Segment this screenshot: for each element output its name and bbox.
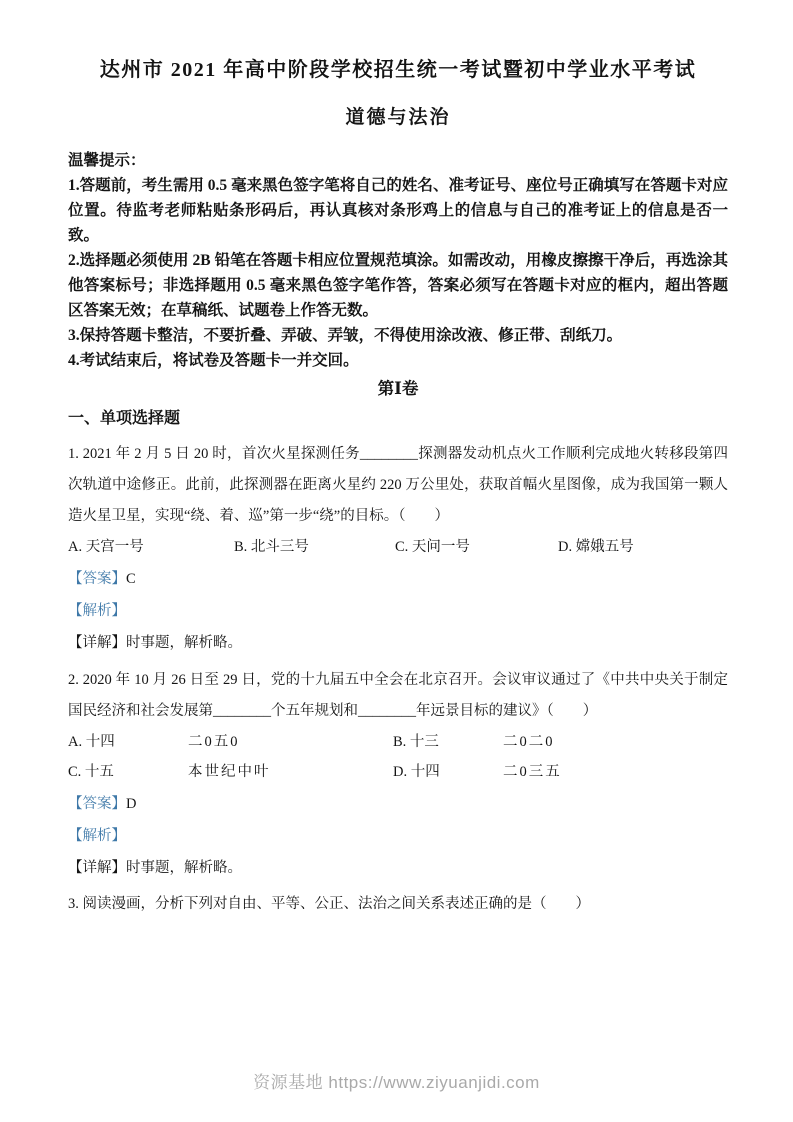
q2-answer-row: 【答案】D <box>68 789 728 819</box>
q2-option-b-value: 二0二0 <box>503 727 555 757</box>
q1-analysis-label: 【解析】 <box>68 603 126 619</box>
q1-answer-row: 【答案】C <box>68 564 728 594</box>
notice-item-4: 4.考试结束后，将试卷及答题卡一并交回。 <box>68 348 728 373</box>
q2-option-a: A. 十四 <box>68 727 188 757</box>
q2-option-c: C. 十五 <box>68 757 188 787</box>
q2-detail-row: 【详解】时事题，解析略。 <box>68 853 728 883</box>
q2-detail-text: 【详解】时事题，解析略。 <box>68 860 242 876</box>
part-title: 一、单项选择题 <box>68 405 728 432</box>
notice-heading: 温馨提示： <box>68 148 728 173</box>
q1-option-c: C. 天问一号 <box>395 532 558 562</box>
footer-watermark: 资源基地 https://www.ziyuanjidi.com <box>0 1068 793 1093</box>
question-2-options-row-1: A. 十四 二0五0 B. 十三 二0二0 <box>68 727 728 757</box>
q2-analysis-label: 【解析】 <box>68 828 126 844</box>
q2-analysis-row: 【解析】 <box>68 821 728 851</box>
question-2: 2. 2020 年 10 月 26 日至 29 日，党的十九届五中全会在北京召开… <box>68 665 728 883</box>
q1-detail-text: 【详解】时事题，解析略。 <box>68 635 242 651</box>
page-title: 达州市 2021 年高中阶段学校招生统一考试暨初中学业水平考试 <box>68 56 728 84</box>
q2-option-b: B. 十三 <box>393 727 503 757</box>
q2-option-d-value: 二0三五 <box>503 757 562 787</box>
notice-item-2: 2.选择题必须使用 2B 铅笔在答题卡相应位置规范填涂。如需改动，用橡皮擦擦干净… <box>68 248 728 323</box>
q2-option-a-value: 二0五0 <box>188 727 393 757</box>
q1-option-a: A. 天宫一号 <box>68 532 234 562</box>
exam-document: 达州市 2021 年高中阶段学校招生统一考试暨初中学业水平考试 道德与法治 温馨… <box>0 0 793 920</box>
q1-detail-row: 【详解】时事题，解析略。 <box>68 628 728 658</box>
q2-option-c-value: 本世纪中叶 <box>188 757 393 787</box>
q1-option-b: B. 北斗三号 <box>234 532 395 562</box>
question-2-options-row-2: C. 十五 本世纪中叶 D. 十四 二0三五 <box>68 757 728 787</box>
q1-answer-value: C <box>126 571 136 587</box>
notice-item-1: 1.答题前，考生需用 0.5 毫来黑色签字笔将自己的姓名、准考证号、座位号正确填… <box>68 173 728 248</box>
notice-item-3: 3.保持答题卡整洁，不要折叠、弄破、弄皱，不得使用涂改液、修正带、刮纸刀。 <box>68 323 728 348</box>
q2-answer-value: D <box>126 796 136 812</box>
question-1-options: A. 天宫一号 B. 北斗三号 C. 天问一号 D. 嫦娥五号 <box>68 532 728 562</box>
section-title: 第Ⅰ卷 <box>68 375 728 402</box>
question-3: 3. 阅读漫画，分析下列对自由、平等、公正、法治之间关系表述正确的是（ ） <box>68 889 728 920</box>
question-1-text: 1. 2021 年 2 月 5 日 20 时，首次火星探测任务________探… <box>68 439 728 532</box>
page-subtitle: 道德与法治 <box>68 105 728 131</box>
q1-answer-label: 【答案】 <box>68 571 126 587</box>
q2-option-d: D. 十四 <box>393 757 503 787</box>
question-2-text: 2. 2020 年 10 月 26 日至 29 日，党的十九届五中全会在北京召开… <box>68 665 728 727</box>
question-3-text: 3. 阅读漫画，分析下列对自由、平等、公正、法治之间关系表述正确的是（ ） <box>68 889 728 920</box>
q2-answer-label: 【答案】 <box>68 796 126 812</box>
notice-section: 温馨提示： 1.答题前，考生需用 0.5 毫来黑色签字笔将自己的姓名、准考证号、… <box>68 148 728 373</box>
q1-analysis-row: 【解析】 <box>68 596 728 626</box>
question-1: 1. 2021 年 2 月 5 日 20 时，首次火星探测任务________探… <box>68 439 728 658</box>
q1-option-d: D. 嫦娥五号 <box>558 532 634 562</box>
